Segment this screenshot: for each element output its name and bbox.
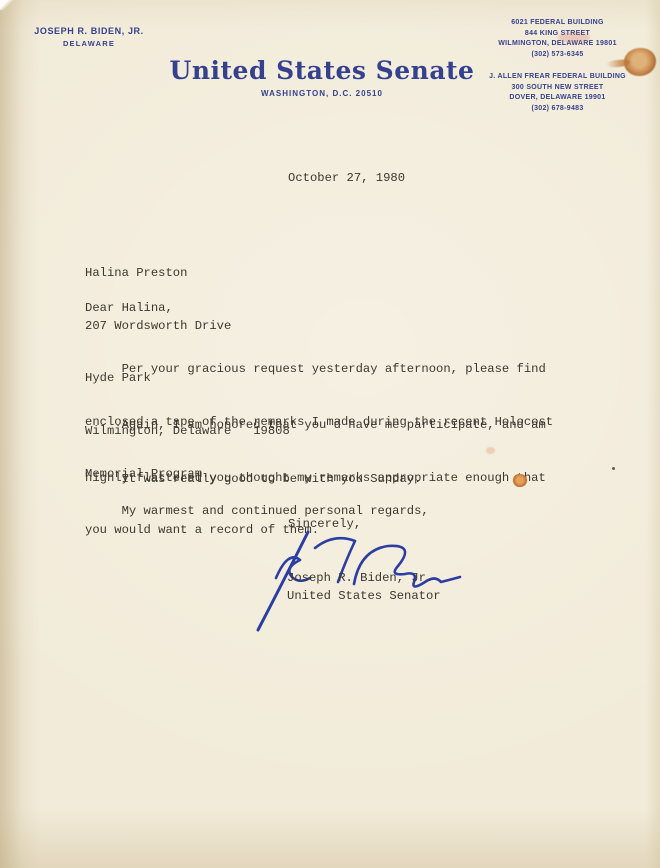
office-address-line: 844 KING STREET — [475, 29, 640, 40]
sender-block: JOSEPH R. BIDEN, JR. DELAWARE — [14, 26, 164, 48]
recipient-name: Halina Preston — [85, 265, 290, 283]
office-addresses: 6021 FEDERAL BUILDING 844 KING STREET WI… — [475, 18, 640, 126]
office-phone: (302) 573-6345 — [475, 50, 640, 61]
ink-speck — [612, 467, 615, 470]
office-address-line: WILMINGTON, DELAWARE 19801 — [475, 39, 640, 50]
letter-page: JOSEPH R. BIDEN, JR. DELAWARE United Sta… — [0, 0, 660, 868]
typed-signature-title: United States Senator — [287, 588, 441, 606]
office-address-line: 6021 FEDERAL BUILDING — [475, 18, 640, 29]
typed-signature-name: Joseph R. Biden, Jr. — [287, 570, 433, 588]
office-phone: (302) 678-9483 — [475, 104, 640, 115]
office-address-line: DOVER, DELAWARE 19901 — [475, 93, 640, 104]
sender-state: DELAWARE — [14, 39, 164, 48]
body-line: Again, I am honored that you'd have me p… — [85, 417, 546, 435]
salutation: Dear Halina, — [85, 300, 173, 318]
office-dover: J. ALLEN FREAR FEDERAL BUILDING 300 SOUT… — [475, 72, 640, 114]
office-wilmington: 6021 FEDERAL BUILDING 844 KING STREET WI… — [475, 18, 640, 60]
office-address-line: 300 SOUTH NEW STREET — [475, 83, 640, 94]
letter-date: October 27, 1980 — [288, 170, 405, 188]
body-line: Per your gracious request yesterday afte… — [85, 361, 553, 379]
office-address-line: J. ALLEN FREAR FEDERAL BUILDING — [475, 72, 640, 83]
corner-wear-mark — [0, 0, 14, 10]
sender-name: JOSEPH R. BIDEN, JR. — [14, 26, 164, 36]
